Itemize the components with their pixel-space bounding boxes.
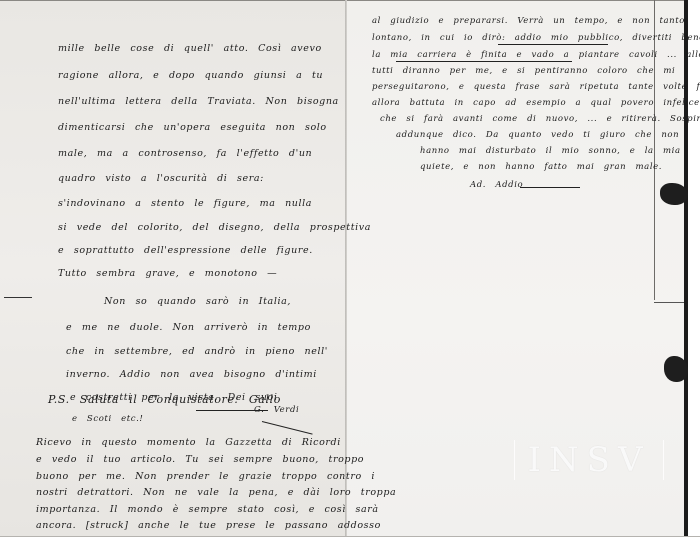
left-line-7: s'indovinano a stento le figure, ma null… [58,198,312,209]
right-line-10: quiete, e non hanno fatto mai gran male. [420,162,662,172]
closing-signature: Ad. Addio [470,180,523,190]
scan-border-bottom [0,536,700,542]
left-line-8: si vede del colorito, del disegno, della… [58,222,371,233]
right-line-4: tutti diranno per me, e si pentiranno co… [372,66,675,76]
left-line-5: male, ma a controsenso, fa l'effetto d'u… [58,148,312,159]
left-line-2: ragione allora, e dopo quando giunsi a t… [58,70,323,81]
postscript-line-4: nostri detrattori. Non ne vale la pena, … [36,487,396,498]
left-line-11: Non so quando sarò in Italia, [104,296,291,307]
ink-blot-bottom [664,356,688,382]
ink-blot-top [660,183,688,205]
margin-tick [654,302,686,303]
scanned-letter: mille belle cose di quell' atto. Così av… [0,0,700,542]
left-line-13: che in settembre, ed andrò in pieno nell… [66,346,328,357]
margin-mark [4,297,32,298]
right-line-9: hanno mai disturbato il mio sonno, e la … [420,146,681,156]
right-line-3: la mia carriera è finita e vado a pianta… [372,50,700,60]
left-line-1: mille belle cose di quell' atto. Così av… [58,43,322,54]
postscript-line-1: Ricevo in questo momento la Gazzetta di … [36,437,341,448]
left-line-6: quadro visto a l'oscurità di sera: [58,173,264,184]
watermark: INSV [514,440,664,480]
underline-carriera [396,61,572,62]
right-line-5: perseguitarono, e questa frase sarà ripe… [372,82,700,92]
postscript-heading: P.S. Saluta il Conquistatore: Gallo [48,393,281,406]
underline-addio [498,44,608,45]
postscript-line-2: e vedo il tuo articolo. Tu sei sempre bu… [36,454,364,465]
postscript-line-5: importanza. Il mondo è sempre stato così… [36,504,379,515]
right-line-1: al giudizio e prepararsi. Verrà un tempo… [372,16,685,26]
postscript-line-3: buono per me. Non prender le grazie trop… [36,471,375,482]
left-line-4: dimenticarsi che un'opera eseguita non s… [58,122,327,133]
left-line-9: e soprattutto dell'espressione delle fig… [58,245,313,256]
right-line-6: allora battuta in capo ad esempio a qual… [372,98,700,108]
right-line-2: lontano, in cui io dirò: addio mio pubbl… [372,33,700,43]
right-line-8: addunque dico. Da quanto vedo ti giuro c… [396,130,679,140]
left-line-3: nell'ultima lettera della Traviata. Non … [58,96,339,107]
left-line-14: inverno. Addio non avea bisogno d'intimi [66,369,317,380]
right-line-7: che si farà avanti come di nuovo, ... e … [380,114,700,124]
left-line-10: Tutto sembra grave, e monotono — [58,268,277,279]
postscript-subline: e Scoti etc.! [72,414,143,424]
postscript-line-6: ancora. [struck] anche le tue prese le p… [36,520,381,531]
closing-flourish [520,187,580,188]
left-line-12: e me ne duole. Non arriverò in tempo [66,322,311,333]
conquistatore-underline [196,410,268,411]
